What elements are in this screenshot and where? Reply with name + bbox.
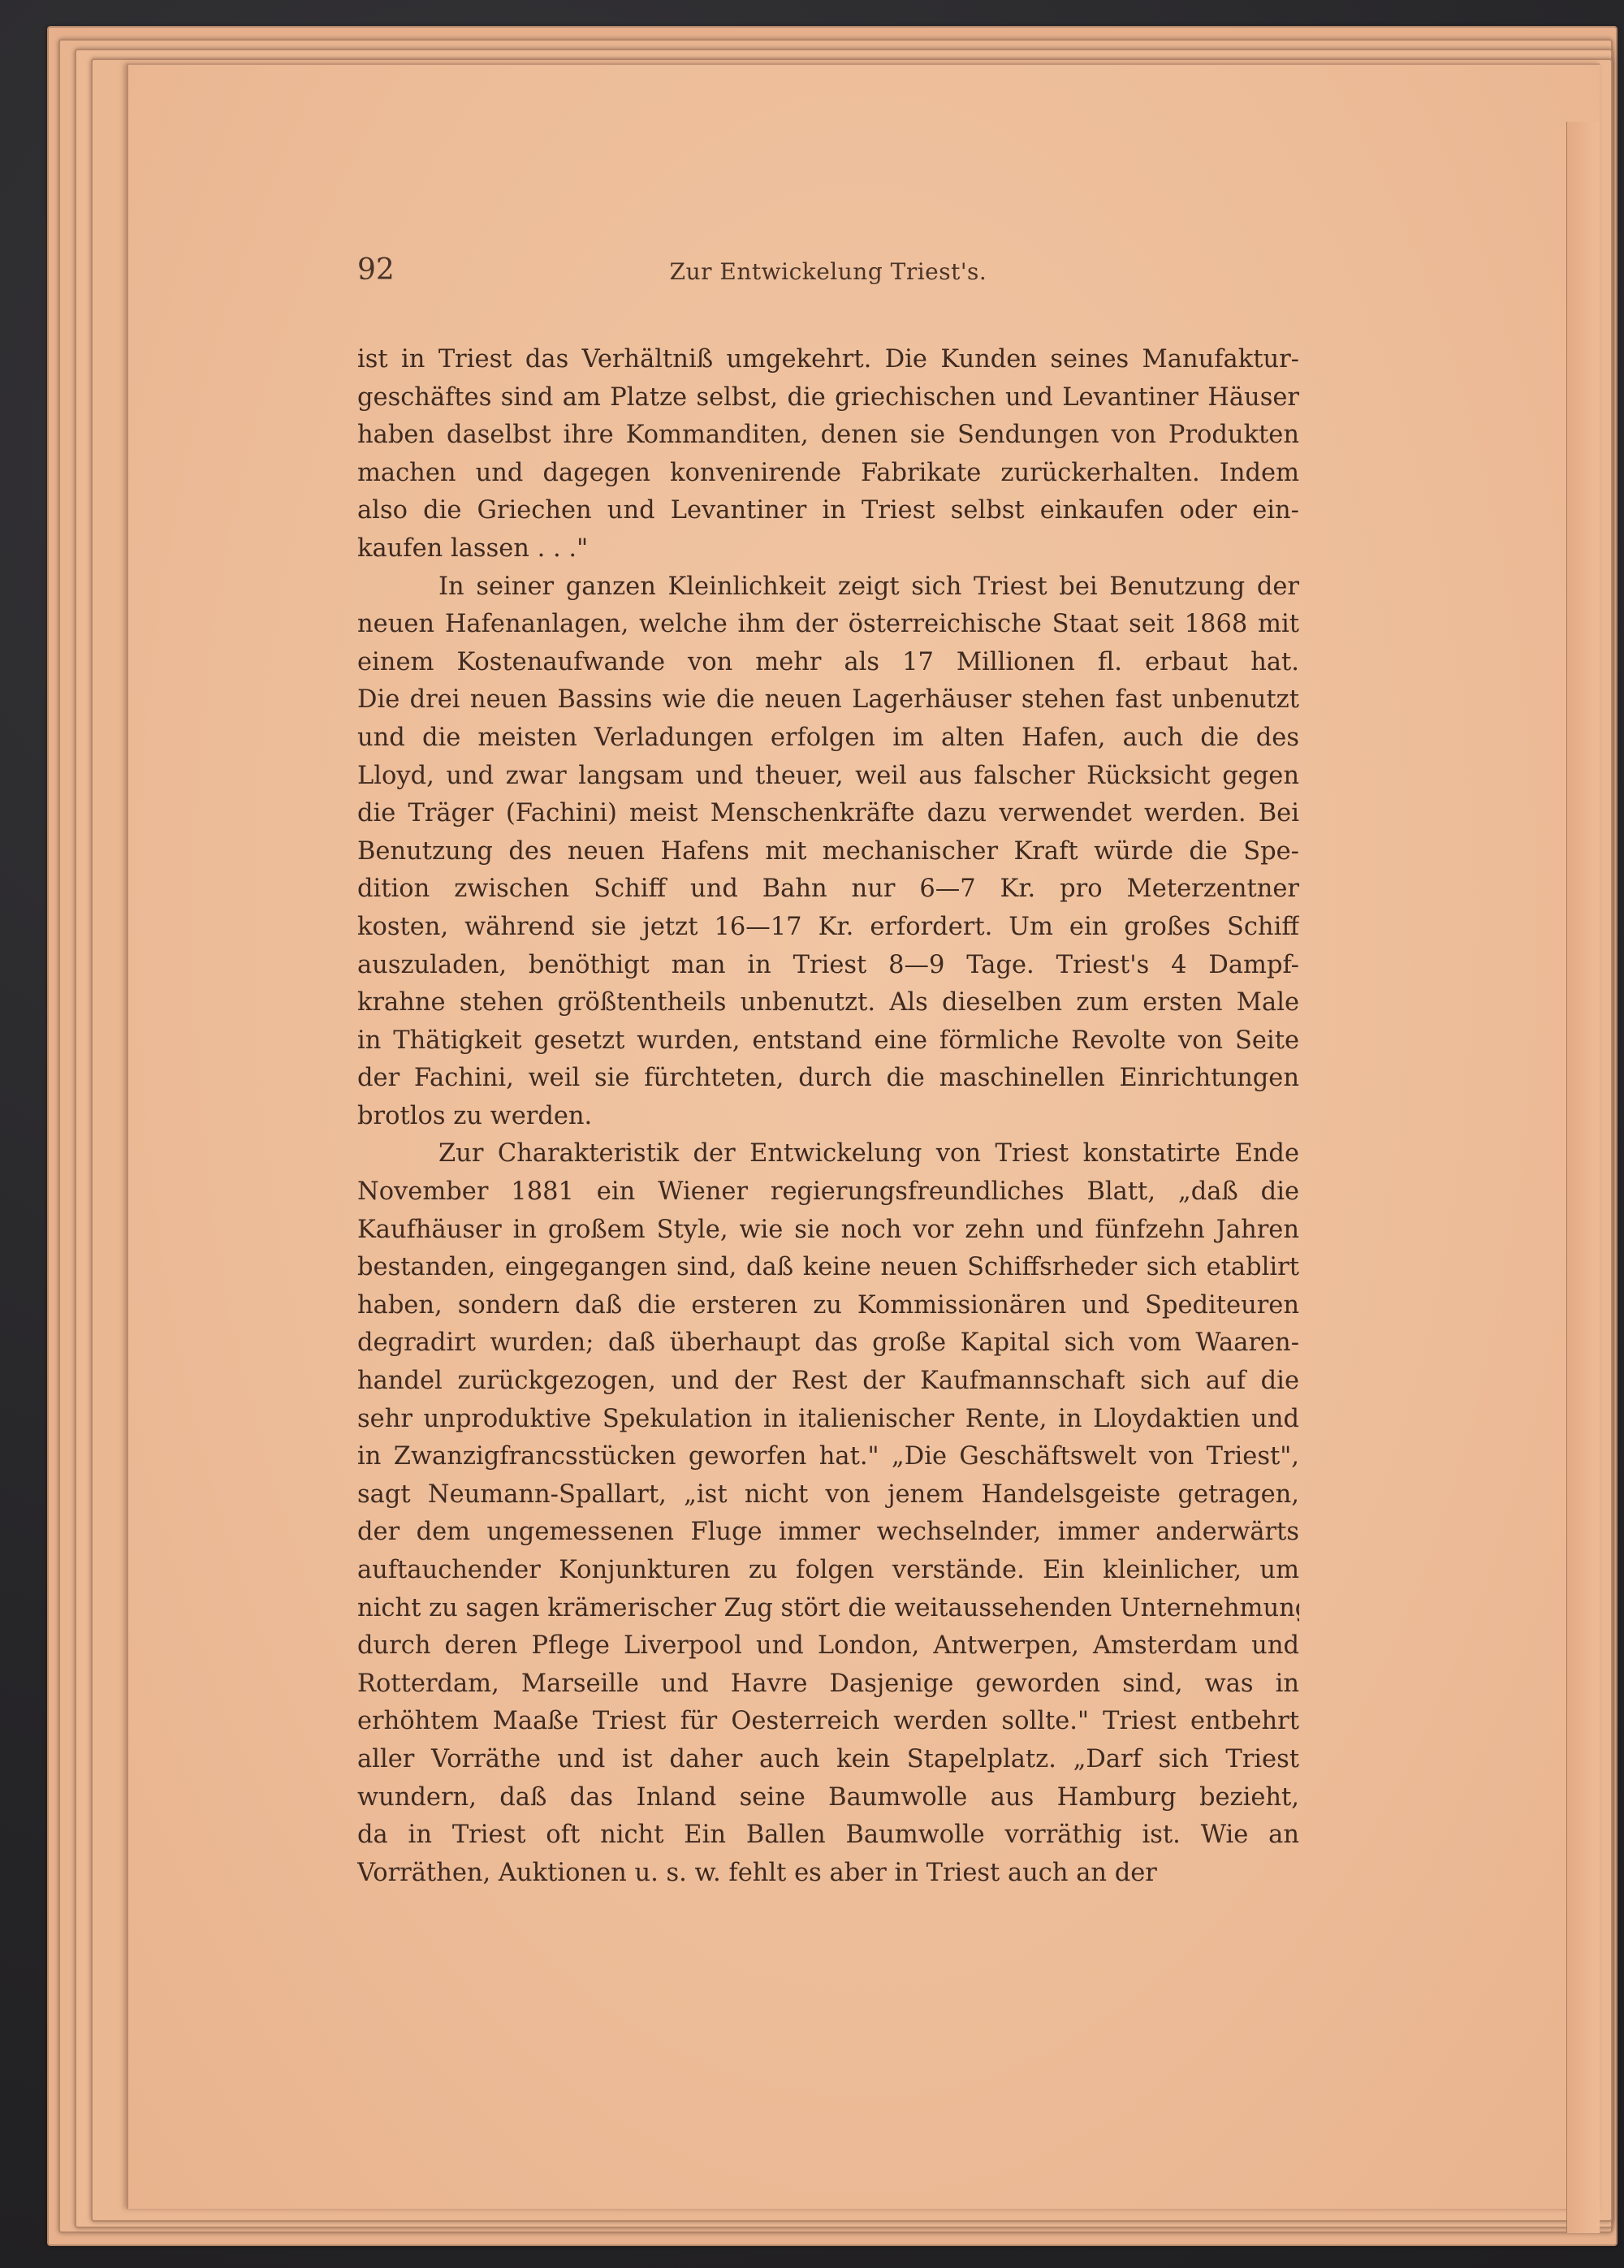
text-line: aller Vorräthe und ist daher auch kein S… (357, 1741, 1299, 1779)
running-title: Zur Entwickelung Triest's. (357, 258, 1299, 285)
paragraph: In seiner ganzen Kleinlichkeit zeigt sic… (357, 568, 1299, 1136)
text-line: krahne stehen größtentheils unbenutzt. A… (357, 984, 1299, 1022)
text-line: erhöhtem Maaße Triest für Oesterreich we… (357, 1703, 1299, 1741)
text-line: machen und dagegen konvenirende Fabrikat… (357, 455, 1299, 493)
text-line: bestanden, eingegangen sind, daß keine n… (357, 1249, 1299, 1287)
paragraph: ist in Triest das Verhältniß umgekehrt. … (357, 341, 1299, 568)
text-line: geschäftes sind am Platze selbst, die gr… (357, 379, 1299, 417)
text-line: die Träger (Fachini) meist Menschenkräft… (357, 795, 1299, 833)
scanned-book-page-scene: 92 Zur Entwickelung Triest's. ist in Tri… (0, 0, 1624, 2268)
text-line: handel zurückgezogen, und der Rest der K… (357, 1363, 1299, 1401)
text-line: auszuladen, benöthigt man in Triest 8—9 … (357, 947, 1299, 985)
text-line: degradirt wurden; daß überhaupt das groß… (357, 1324, 1299, 1363)
running-header: 92 Zur Entwickelung Triest's. (357, 253, 1299, 302)
text-line: einem Kostenaufwande von mehr als 17 Mil… (357, 644, 1299, 682)
text-line: Die drei neuen Bassins wie die neuen Lag… (357, 681, 1299, 719)
text-line: In seiner ganzen Kleinlichkeit zeigt sic… (357, 568, 1299, 607)
body-text: ist in Triest das Verhältniß umgekehrt. … (357, 341, 1299, 1892)
text-line: der dem ungemessenen Fluge immer wechsel… (357, 1514, 1299, 1552)
text-line: kosten, während sie jetzt 16—17 Kr. erfo… (357, 909, 1299, 947)
text-line: Lloyd, und zwar langsam und theuer, weil… (357, 758, 1299, 796)
text-line: Kaufhäuser in großem Style, wie sie noch… (357, 1212, 1299, 1250)
text-line: brotlos zu werden. (357, 1098, 1299, 1136)
text-line: Vorräthen, Auktionen u. s. w. fehlt es a… (357, 1855, 1299, 1893)
text-line: sehr unproduktive Spekulation in italien… (357, 1401, 1299, 1439)
text-line: Benutzung des neuen Hafens mit mechanisc… (357, 833, 1299, 871)
page-fold-edge (1566, 122, 1600, 2233)
text-line: November 1881 ein Wiener regierungsfreun… (357, 1173, 1299, 1212)
text-line: dition zwischen Schiff und Bahn nur 6—7 … (357, 870, 1299, 909)
text-line: nicht zu sagen krämerischer Zug stört di… (357, 1590, 1299, 1628)
text-line: Rotterdam, Marseille und Havre Dasjenige… (357, 1665, 1299, 1704)
text-line: haben daselbst ihre Kommanditen, denen s… (357, 417, 1299, 455)
text-line: durch deren Pflege Liverpool und London,… (357, 1627, 1299, 1665)
text-line: sagt Neumann-Spallart, „ist nicht von je… (357, 1476, 1299, 1514)
text-line: also die Griechen und Levantiner in Trie… (357, 492, 1299, 530)
text-line: neuen Hafenanlagen, welche ihm der öster… (357, 606, 1299, 644)
text-line: auftauchender Konjunkturen zu folgen ver… (357, 1552, 1299, 1590)
text-line: ist in Triest das Verhältniß umgekehrt. … (357, 341, 1299, 379)
text-line: in Thätigkeit gesetzt wurden, entstand e… (357, 1022, 1299, 1061)
text-line: Zur Charakteristik der Entwickelung von … (357, 1135, 1299, 1173)
text-line: in Zwanzigfrancsstücken geworfen hat." „… (357, 1438, 1299, 1476)
text-line: der Fachini, weil sie fürchteten, durch … (357, 1060, 1299, 1098)
text-line: haben, sondern daß die ersteren zu Kommi… (357, 1287, 1299, 1325)
text-line: kaufen lassen . . ." (357, 530, 1299, 568)
text-line: und die meisten Verladungen erfolgen im … (357, 719, 1299, 758)
text-line: da in Triest oft nicht Ein Ballen Baumwo… (357, 1817, 1299, 1855)
text-line: wundern, daß das Inland seine Baumwolle … (357, 1779, 1299, 1817)
paragraph: Zur Charakteristik der Entwickelung von … (357, 1135, 1299, 1892)
